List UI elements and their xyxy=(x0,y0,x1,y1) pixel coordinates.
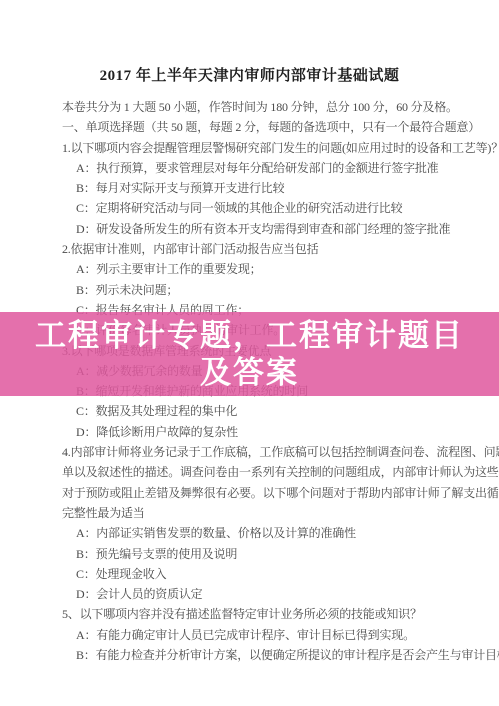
question-text-line: 本卷共分为 1 大题 50 小题，作答时间为 180 分钟，总分 100 分，6… xyxy=(0,97,499,117)
promo-banner-overlay: 工程审计专题，工程审计题目 及答案 xyxy=(0,312,499,396)
question-text-line: 1.以下哪项内容会提醒管理层警惕研究部门发生的问题(如应用过时的设备和工艺等)？ xyxy=(0,138,499,158)
answer-option-line: B：列示未决问题； xyxy=(0,280,499,300)
answer-option-line: D：降低诊断用户故障的复杂性 xyxy=(0,422,499,442)
page-title: 2017 年上半年天津内审师内部审计基础试题 xyxy=(0,64,499,85)
answer-option-line: B：有能力检查并分析审计方案，以便确定所提议的审计程序是否会产生与审计目标相关 xyxy=(0,645,499,665)
question-text-line: 一、单项选择题（共 50 题，每题 2 分，每题的备选项中，只有一个最符合题意） xyxy=(0,117,499,137)
question-text-line: 2.依据审计准则，内部审计部门活动报告应当包括 xyxy=(0,239,499,259)
answer-option-line: C：处理现金收入 xyxy=(0,564,499,584)
answer-option-line: D：研发设备所发生的所有资本开支均需得到审查和部门经理的签字批准 xyxy=(0,219,499,239)
question-text-line: 5、以下哪项内容并没有描述监督特定审计业务所必须的技能或知识？ xyxy=(0,604,499,624)
answer-option-line: B：预先编号支票的使用及说明 xyxy=(0,544,499,564)
question-text-line: 4.内部审计师将业务记录于工作底稿，工作底稿可以包括控制调查问卷、流程图、问题清 xyxy=(0,442,499,462)
question-text-line: 单以及叙述性的描述。调查问卷由一系列有关控制的问题组成，内部审计师认为这些问题 xyxy=(0,462,499,482)
answer-option-line: C：数据及其处理过程的集中化 xyxy=(0,401,499,421)
answer-option-line: B：每月对实际开支与预算开支进行比较 xyxy=(0,178,499,198)
exam-document-page: 2017 年上半年天津内审师内部审计基础试题 本卷共分为 1 大题 50 小题，… xyxy=(0,0,499,706)
answer-option-line: A：内部证实销售发票的数量、价格以及计算的准确性 xyxy=(0,523,499,543)
question-text-line: 对于预防或阻止差错及舞弊很有必要。以下哪个问题对于帮助内部审计师了解支出循环的 xyxy=(0,483,499,503)
answer-option-line: A：有能力确定审计人员已完成审计程序、审计目标已得到实现。 xyxy=(0,625,499,645)
question-text-line: 完整性最为适当 xyxy=(0,503,499,523)
answer-option-line: A：列示主要审计工作的重要发现； xyxy=(0,259,499,279)
banner-text-line2: 及答案 xyxy=(200,354,299,391)
answer-option-line: A：执行预算，要求管理层对每年分配给研发部门的金额进行签字批准 xyxy=(0,158,499,178)
banner-text-line1: 工程审计专题，工程审计题目 xyxy=(35,317,464,354)
answer-option-line: C：定期将研究活动与同一领域的其他企业的研究活动进行比较 xyxy=(0,198,499,218)
answer-option-line: D：会计人员的资质认定 xyxy=(0,584,499,604)
